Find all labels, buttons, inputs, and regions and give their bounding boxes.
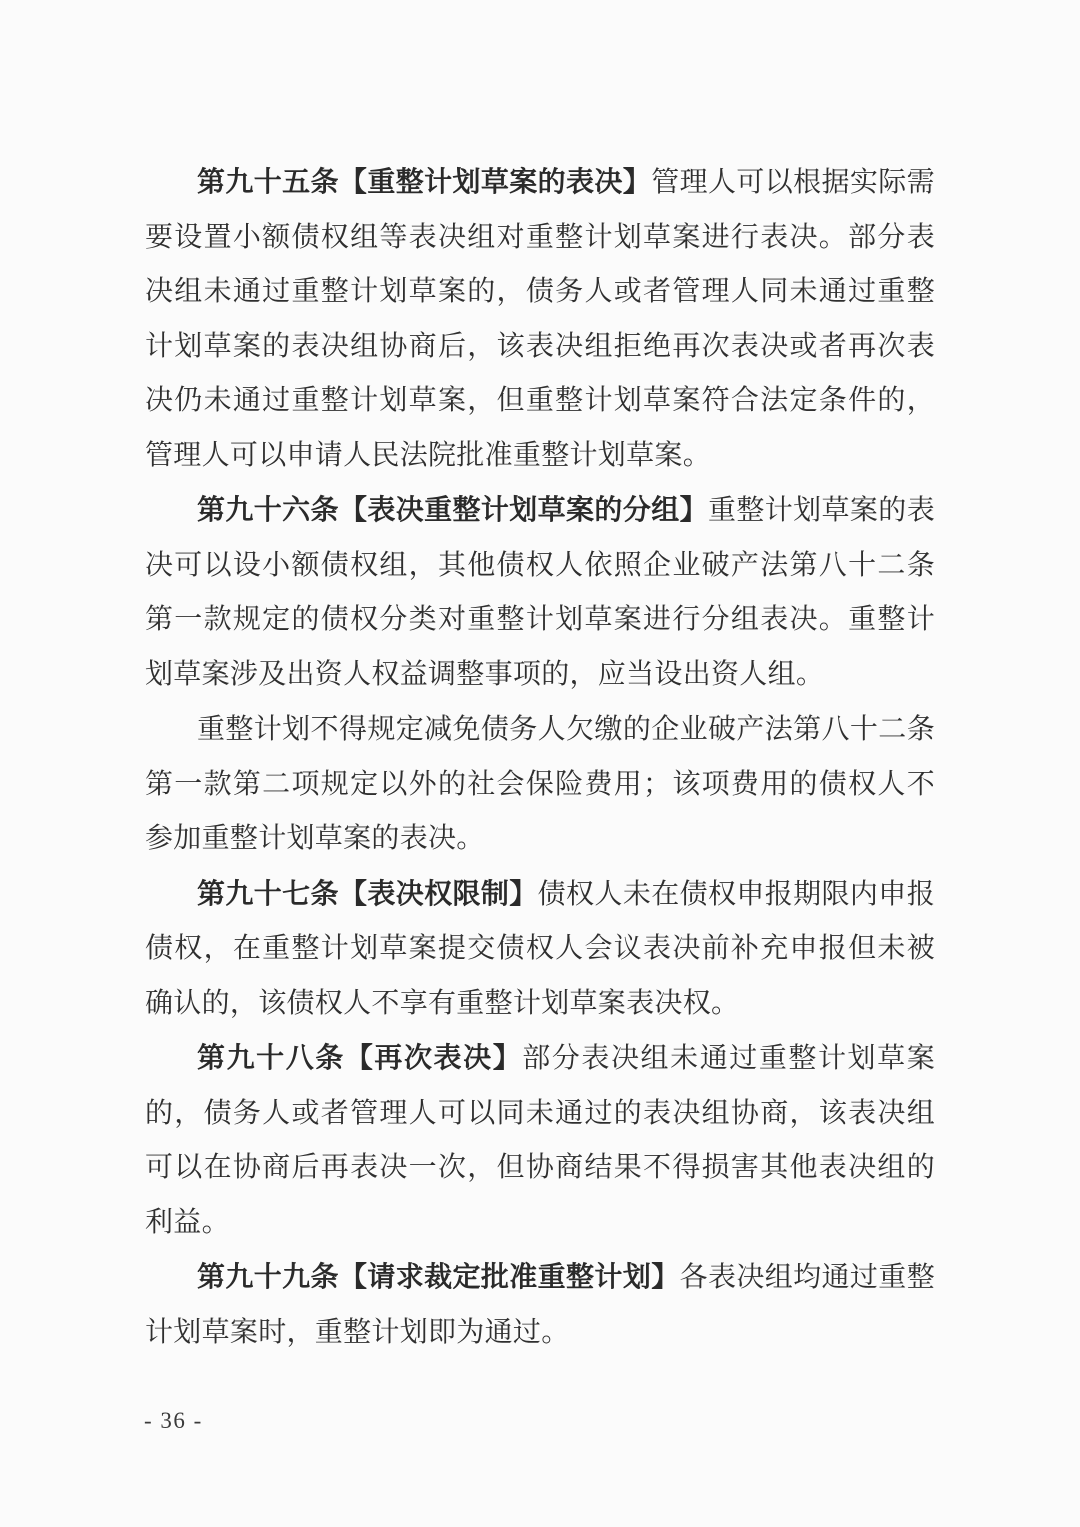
article-95-heading: 第九十五条【重整计划草案的表决】 xyxy=(197,166,651,197)
article-99-paragraph: 第九十九条【请求裁定批准重整计划】各表决组均通过重整计划草案时，重整计划即为通过… xyxy=(145,1250,935,1360)
article-99-heading: 第九十九条【请求裁定批准重整计划】 xyxy=(197,1261,680,1292)
article-97-heading: 第九十七条【表决权限制】 xyxy=(197,878,538,909)
article-96-continuation-body: 重整计划不得规定减免债务人欠缴的企业破产法第八十二条第一款第二项规定以外的社会保… xyxy=(145,714,935,854)
document-page: 第九十五条【重整计划草案的表决】管理人可以根据实际需要设置小额债权组等表决组对重… xyxy=(0,0,1080,1527)
article-96-continuation-paragraph: 重整计划不得规定减免债务人欠缴的企业破产法第八十二条第一款第二项规定以外的社会保… xyxy=(145,702,935,867)
article-95-body: 管理人可以根据实际需要设置小额债权组等表决组对重整计划草案进行表决。部分表决组未… xyxy=(145,167,935,471)
article-95-paragraph: 第九十五条【重整计划草案的表决】管理人可以根据实际需要设置小额债权组等表决组对重… xyxy=(145,155,935,483)
article-98-paragraph: 第九十八条【再次表决】部分表决组未通过重整计划草案的，债务人或者管理人可以同未通… xyxy=(145,1031,935,1250)
article-97-paragraph: 第九十七条【表决权限制】债权人未在债权申报期限内申报债权，在重整计划草案提交债权… xyxy=(145,867,935,1032)
article-96-paragraph: 第九十六条【表决重整计划草案的分组】重整计划草案的表决可以设小额债权组，其他债权… xyxy=(145,483,935,702)
page-number: - 36 - xyxy=(144,1408,203,1434)
article-96-heading: 第九十六条【表决重整计划草案的分组】 xyxy=(197,494,708,525)
article-98-heading: 第九十八条【再次表决】 xyxy=(197,1042,522,1073)
